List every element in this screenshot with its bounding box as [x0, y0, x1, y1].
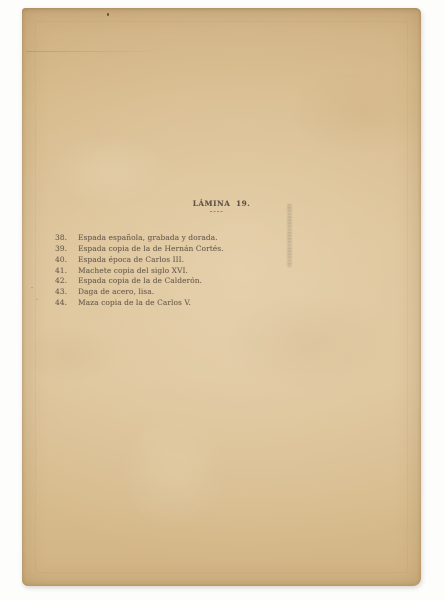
item-number: 38.	[55, 233, 66, 244]
list-item: 42. Espada copia de la de Calderón.	[55, 276, 285, 287]
paper-crease	[26, 51, 166, 52]
plate-item-list: 38. Espada española, grabada y dorada. 3…	[55, 233, 285, 309]
item-text: Maza copia de la de Carlos V.	[78, 298, 191, 309]
item-text: Daga de acero, lisa.	[78, 287, 154, 298]
ink-bleedthrough	[287, 204, 292, 267]
item-number: 39.	[55, 244, 66, 255]
item-number: 41.	[55, 266, 66, 277]
list-item: 40. Espada época de Carlos III.	[55, 255, 285, 266]
ink-speck	[107, 13, 109, 16]
ink-speck	[31, 287, 33, 288]
item-text: Espada copia de la de Calderón.	[78, 276, 202, 287]
list-item: 44. Maza copia de la de Carlos V.	[55, 298, 285, 309]
item-number: 43.	[55, 287, 66, 298]
heading-rule	[210, 211, 224, 212]
plate-heading: LÁMINA 19.	[22, 199, 421, 208]
book-page: LÁMINA 19. 38. Espada española, grabada …	[22, 8, 421, 586]
list-item: 43. Daga de acero, lisa.	[55, 287, 285, 298]
item-number: 44.	[55, 298, 66, 309]
item-text: Espada época de Carlos III.	[78, 255, 184, 266]
item-text: Machete copia del siglo XVI.	[78, 266, 188, 277]
list-item: 41. Machete copia del siglo XVI.	[55, 266, 285, 277]
list-item: 38. Espada española, grabada y dorada.	[55, 233, 285, 244]
item-number: 42.	[55, 276, 66, 287]
item-number: 40.	[55, 255, 66, 266]
ink-speck	[36, 299, 38, 300]
item-text: Espada española, grabada y dorada.	[78, 233, 218, 244]
item-text: Espada copia de la de Hernán Cortés.	[78, 244, 224, 255]
list-item: 39. Espada copia de la de Hernán Cortés.	[55, 244, 285, 255]
scan-backdrop: LÁMINA 19. 38. Espada española, grabada …	[0, 0, 445, 600]
